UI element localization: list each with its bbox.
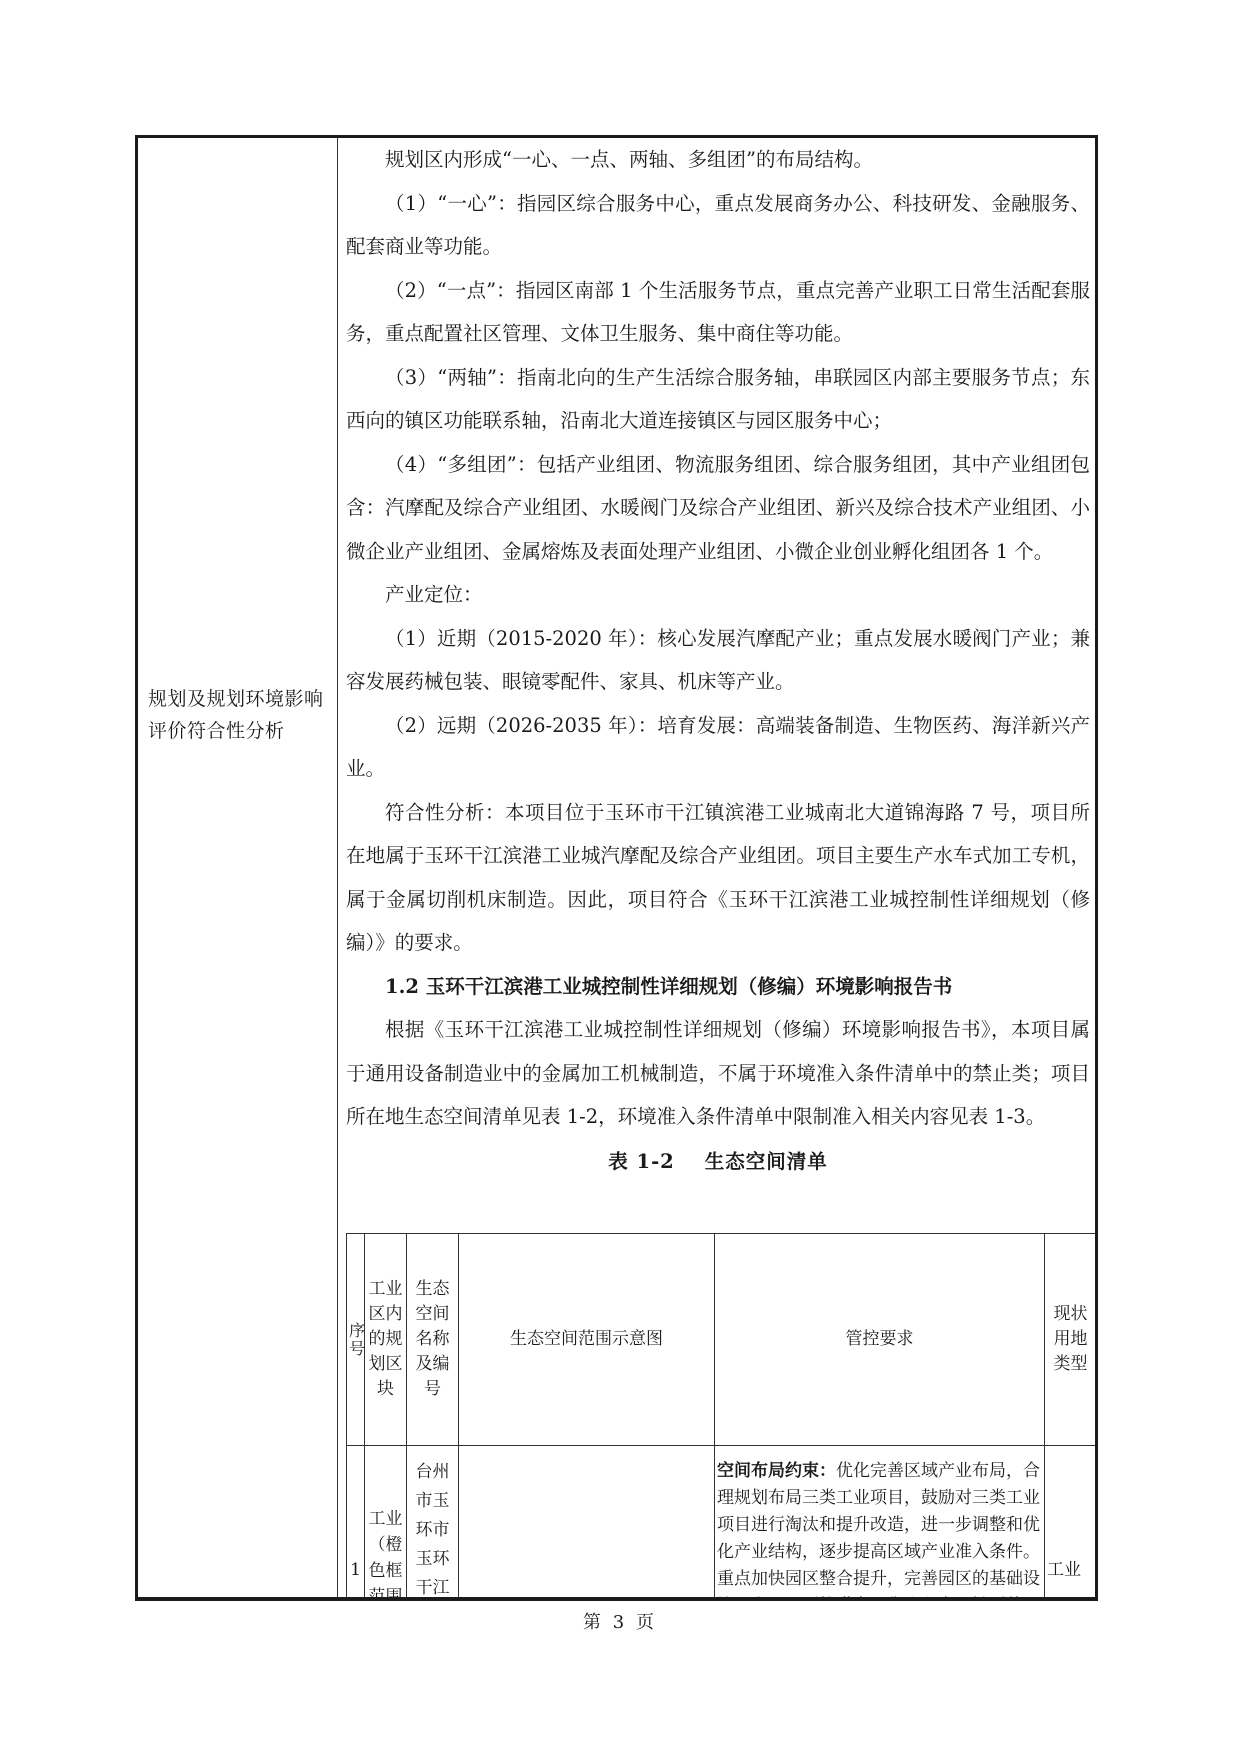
cell-block: 工业（橙色框范围内） [365,1446,407,1598]
header-name: 生态空间名称及编号 [407,1234,459,1446]
header-control: 管控要求 [715,1234,1045,1446]
document-page: 规划及规划环境影响评价符合性分析 规划区内形成“一心、一点、两轴、多组团”的布局… [0,0,1240,1754]
cell-seq: 1 [347,1446,365,1598]
form-table-frame: 规划及规划环境影响评价符合性分析 规划区内形成“一心、一点、两轴、多组团”的布局… [135,135,1098,1601]
paragraph: （1）“一心”：指园区综合服务中心，重点发展商务办公、科技研发、金融服务、配套商… [346,182,1090,269]
cell-land-type: 工业 [1045,1446,1096,1598]
section-content-cell: 规划区内形成“一心、一点、两轴、多组团”的布局结构。 （1）“一心”：指园区综合… [338,138,1095,1597]
section-body: 规划区内形成“一心、一点、两轴、多组团”的布局结构。 （1）“一心”：指园区综合… [346,138,1090,1177]
paragraph: （4）“多组团”：包括产业组团、物流服务组团、综合服务组团，其中产业组团包含：汽… [346,443,1090,574]
section-heading: 1.2 玉环干江滨港工业城控制性详细规划（修编）环境影响报告书 [346,965,1090,1009]
section-label-cell: 规划及规划环境影响评价符合性分析 [138,138,338,1597]
paragraph: 产业定位： [346,573,1090,617]
cell-name: 台州市玉环市玉环干江镇产业集聚重 [407,1446,459,1598]
ecological-space-table: 序号 工业区内的规划区块 生态空间名称及编号 生态空间范围示意图 管控要求 现状… [346,1233,1095,1597]
table-row: 1 工业（橙色框范围内） 台州市玉环市玉环干江镇产业集聚重 空间布局约束：优化完… [347,1446,1096,1598]
paragraph: （2）“一点”：指园区南部 1 个生活服务节点，重点完善产业职工日常生活配套服务… [346,269,1090,356]
paragraph: 规划区内形成“一心、一点、两轴、多组团”的布局结构。 [346,138,1090,182]
header-seq: 序号 [347,1234,365,1446]
page-number: 第 3 页 [0,1608,1240,1634]
control-label: 空间布局约束： [717,1461,836,1481]
cell-control: 空间布局约束：优化完善区域产业布局，合理规划布局三类工业项目，鼓励对三类工业项目… [715,1446,1045,1598]
paragraph: （1）近期（2015-2020 年）：核心发展汽摩配产业；重点发展水暖阀门产业；… [346,617,1090,704]
table-caption-title: 生态空间清单 [705,1150,828,1173]
table-caption-number: 表 1-2 [608,1150,675,1173]
header-map: 生态空间范围示意图 [459,1234,715,1446]
paragraph: 符合性分析：本项目位于玉环市干江镇滨港工业城南北大道锦海路 7 号，项目所在地属… [346,791,1090,965]
control-text: 优化完善区域产业布局，合理规划布局三类工业项目，鼓励对三类工业项目进行淘汰和提升… [717,1461,1040,1597]
paragraph: （2）远期（2026-2035 年）：培育发展：高端装备制造、生物医药、海洋新兴… [346,704,1090,791]
paragraph: 根据《玉环干江滨港工业城控制性详细规划（修编）环境影响报告书》，本项目属于通用设… [346,1008,1090,1139]
section-label: 规划及规划环境影响评价符合性分析 [148,683,328,747]
header-land-type: 现状用地类型 [1045,1234,1096,1446]
paragraph: （3）“两轴”：指南北向的生产生活综合服务轴，串联园区内部主要服务节点；东西向的… [346,356,1090,443]
table-caption: 表 1-2生态空间清单 [346,1139,1090,1177]
cell-map [459,1446,715,1598]
header-block: 工业区内的规划区块 [365,1234,407,1446]
table-header-row: 序号 工业区内的规划区块 生态空间名称及编号 生态空间范围示意图 管控要求 现状… [347,1234,1096,1446]
